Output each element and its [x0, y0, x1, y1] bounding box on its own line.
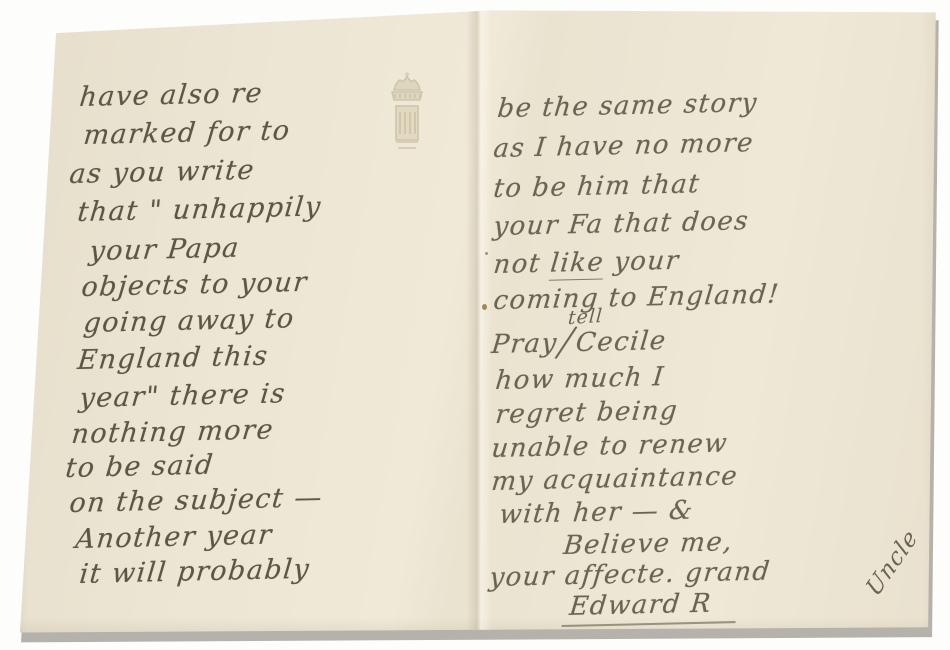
handwriting-line: my acquaintance [490, 461, 740, 497]
line-text: Cecile [574, 326, 668, 358]
line-text: your [603, 246, 681, 278]
handwriting-line: going away to [82, 303, 296, 339]
underlined-word: like [549, 247, 606, 280]
handwriting-line: nothing more [70, 414, 276, 450]
letter-paper: have also re marked for to as you write … [0, 0, 950, 650]
handwriting-line: as I have no more [492, 128, 755, 164]
handwriting-line: to be him that [492, 169, 702, 204]
handwriting-line: be the same story [496, 88, 759, 124]
handwriting-line: Another year [74, 519, 274, 555]
line-text: Pray [490, 328, 559, 360]
letter-photograph: have also re marked for to as you write … [0, 0, 950, 650]
handwriting-line-with-caret: Pray/Cecile [490, 326, 668, 360]
embossed-crown-crest-icon [384, 72, 430, 164]
handwriting-line: marked for to [82, 115, 292, 151]
royal-signature: Edward R [561, 588, 739, 627]
handwriting-line-underlined-word: not like your [492, 246, 681, 280]
foxing-spot [482, 304, 487, 310]
handwriting-line: your Papa [88, 233, 241, 267]
center-fold-crease [466, 8, 492, 638]
handwriting-line: unable to renew [490, 429, 730, 464]
handwriting-line: objects to your [80, 267, 309, 303]
handwriting-line: regret being [494, 396, 680, 430]
handwriting-line: have also re [78, 78, 265, 113]
line-text: not [492, 249, 552, 280]
handwriting-line: with her — & [498, 496, 695, 530]
signature-line: Edward R [562, 588, 739, 622]
handwriting-line: that " unhappily [76, 191, 323, 228]
handwriting-line: England this [76, 341, 270, 376]
ink-speck [485, 252, 488, 255]
valediction-diagonal-word: Uncle [862, 525, 924, 602]
handwriting-line: year" there is [78, 378, 287, 414]
handwriting-line: as you write [68, 155, 257, 190]
handwriting-line: on the subject — [68, 482, 325, 519]
handwriting-line: coming to England! [492, 279, 781, 316]
handwriting-line: it will probably [78, 554, 312, 590]
handwriting-line: how much I [494, 362, 666, 396]
handwriting-line: to be said [64, 450, 215, 484]
closing-line: Believe me, [562, 527, 735, 561]
handwriting-line: your Fa that does [492, 206, 751, 242]
